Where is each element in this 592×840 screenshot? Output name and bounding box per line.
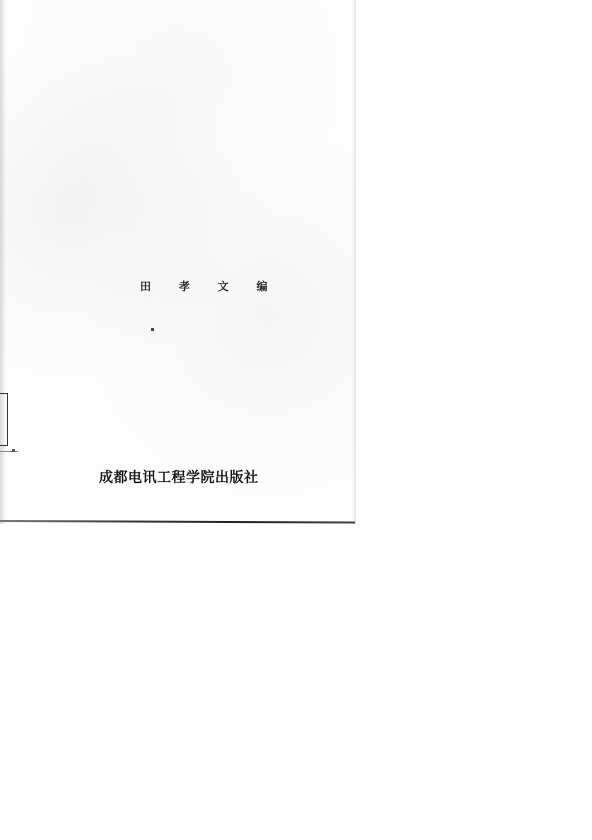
library-label-box [0, 393, 8, 446]
side-tick-mark [0, 451, 18, 452]
scan-speck [151, 328, 154, 331]
scan-right-edge [352, 0, 356, 524]
publisher-name: 成都电讯工程学院出版社 [99, 467, 259, 487]
author-line: 田 孝 文 编 [140, 278, 250, 294]
scanned-page: 田 孝 文 编 成都电讯工程学院出版社 [0, 0, 356, 524]
page: 田 孝 文 编 成都电讯工程学院出版社 [0, 0, 592, 840]
side-tick-mark-tip [12, 449, 15, 452]
